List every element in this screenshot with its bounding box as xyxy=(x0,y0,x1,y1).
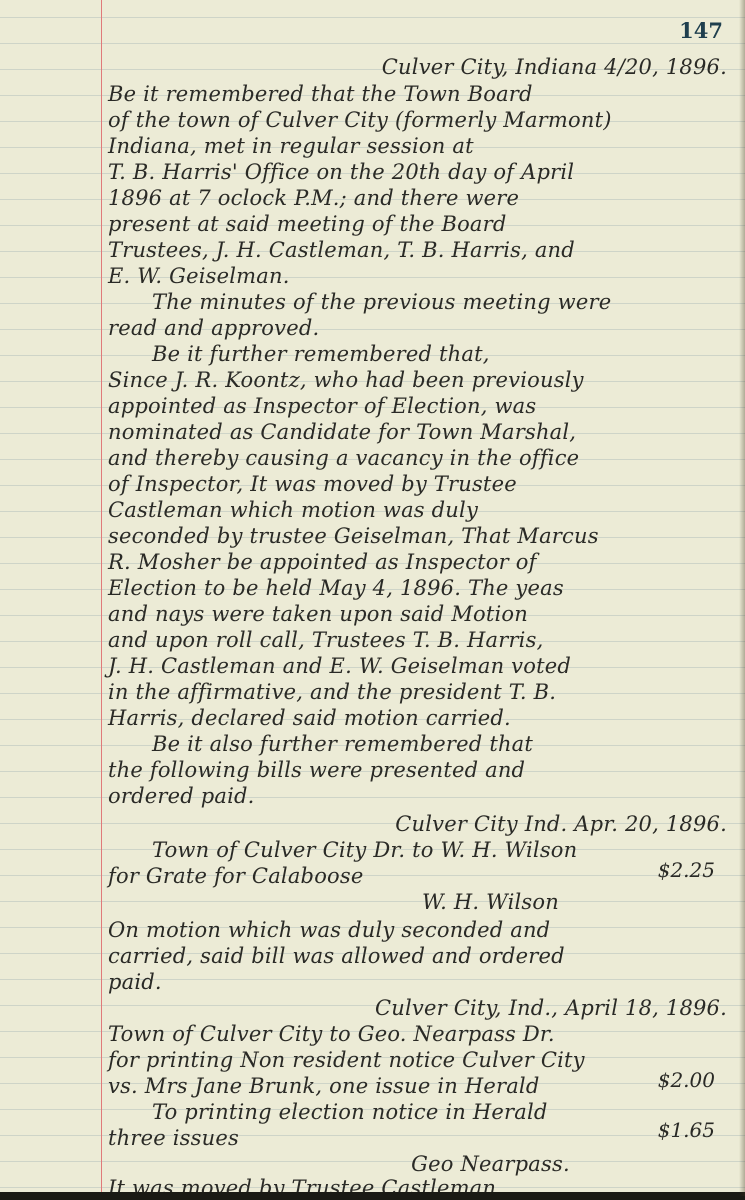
entry-line: read and approved. xyxy=(108,316,733,340)
entry-line: nominated as Candidate for Town Marshal, xyxy=(108,420,733,444)
bill-amount: $1.65 xyxy=(658,1118,715,1142)
entry-line: appointed as Inspector of Election, was xyxy=(108,394,733,418)
entry-line: Trustees, J. H. Castleman, T. B. Harris,… xyxy=(108,238,733,262)
bill-line: To printing election notice in Herald xyxy=(108,1100,733,1124)
entry-line: On motion which was duly seconded and xyxy=(108,918,733,942)
bill-line: three issues xyxy=(108,1126,733,1150)
entry-line: The minutes of the previous meeting were xyxy=(108,290,733,314)
ledger-page: 147 Culver City, Indiana 4/20, 1896. Be … xyxy=(0,0,745,1196)
entry-line: and thereby causing a vacancy in the off… xyxy=(108,446,733,470)
entry-line: Castleman which motion was duly xyxy=(108,498,733,522)
entry-line: T. B. Harris' Office on the 20th day of … xyxy=(108,160,733,184)
page-number: 147 xyxy=(679,18,723,43)
page-edge xyxy=(0,1192,745,1196)
bill-line: vs. Mrs Jane Brunk, one issue in Herald xyxy=(108,1074,733,1098)
bill-signature: W. H. Wilson xyxy=(108,890,733,914)
entry-line: the following bills were presented and xyxy=(108,758,733,782)
bill-signature: Geo Nearpass. xyxy=(108,1152,733,1176)
bill-heading-date: Culver City Ind. Apr. 20, 1896. xyxy=(108,812,733,836)
entry-line: of Inspector, It was moved by Trustee xyxy=(108,472,733,496)
entry-line: and nays were taken upon said Motion xyxy=(108,602,733,626)
entry-line: ordered paid. xyxy=(108,784,733,808)
entry-line: Be it further remembered that, xyxy=(108,342,733,366)
entry-line: Since J. R. Koontz, who had been previou… xyxy=(108,368,733,392)
entry-line: of the town of Culver City (formerly Mar… xyxy=(108,108,733,132)
entry-line: seconded by trustee Geiselman, That Marc… xyxy=(108,524,733,548)
entry-line: carried, said bill was allowed and order… xyxy=(108,944,733,968)
entry-line: E. W. Geiselman. xyxy=(108,264,733,288)
bill-amount: $2.00 xyxy=(658,1068,715,1092)
bill-line: for printing Non resident notice Culver … xyxy=(108,1048,733,1072)
entry-line: Indiana, met in regular session at xyxy=(108,134,733,158)
entry-line: J. H. Castleman and E. W. Geiselman vote… xyxy=(108,654,733,678)
entry-line: and upon roll call, Trustees T. B. Harri… xyxy=(108,628,733,652)
entry-line: Be it remembered that the Town Board xyxy=(108,82,733,106)
entry-line: Election to be held May 4, 1896. The yea… xyxy=(108,576,733,600)
bill-line: for Grate for Calaboose xyxy=(108,864,733,888)
entry-heading-date: Culver City, Indiana 4/20, 1896. xyxy=(108,55,733,79)
margin-rule xyxy=(101,0,102,1196)
bill-amount: $2.25 xyxy=(658,858,715,882)
entry-line: in the affirmative, and the president T.… xyxy=(108,680,733,704)
bill-line: Town of Culver City to Geo. Nearpass Dr. xyxy=(108,1022,733,1046)
entry-line: Harris, declared said motion carried. xyxy=(108,706,733,730)
entry-line: 1896 at 7 oclock P.M.; and there were xyxy=(108,186,733,210)
bill-line: Town of Culver City Dr. to W. H. Wilson xyxy=(108,838,733,862)
entry-line: present at said meeting of the Board xyxy=(108,212,733,236)
entry-line: paid. xyxy=(108,970,733,994)
entry-line: Be it also further remembered that xyxy=(108,732,733,756)
entry-line: R. Mosher be appointed as Inspector of xyxy=(108,550,733,574)
bill-heading-date: Culver City, Ind., April 18, 1896. xyxy=(108,996,733,1020)
